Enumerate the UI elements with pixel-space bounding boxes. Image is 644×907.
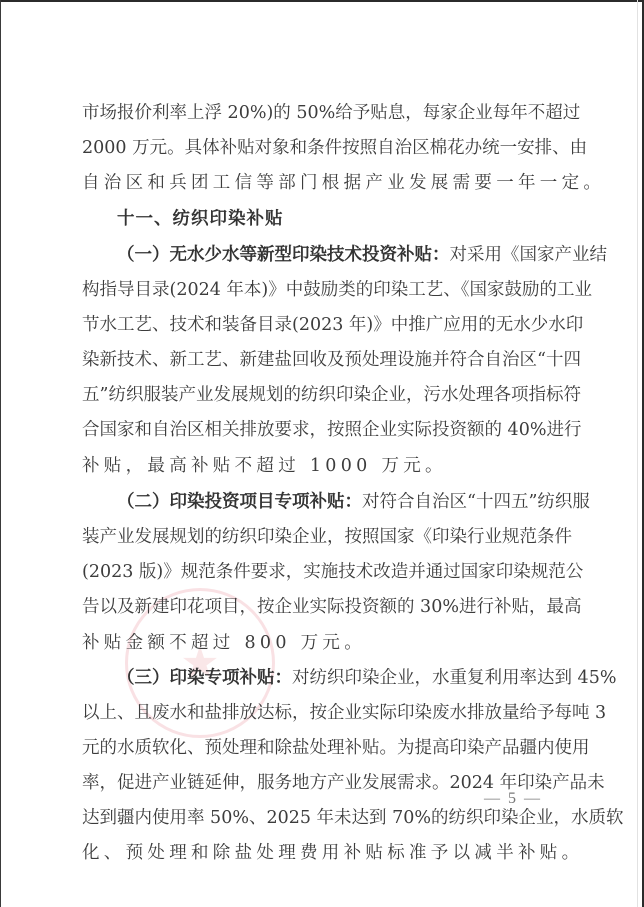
paragraph-line: 染新技术、新工艺、新建盐回收及预处理设施并符合自治区“十四 [82, 348, 548, 372]
item-3-first-line-text: 对纺织印染企业，水重复利用率达到 45% [292, 668, 616, 688]
document-page: 市场报价利率上浮 20%)的 50%给予贴息，每家企业每年不超过 2000 万元… [0, 0, 644, 907]
section-heading: 十一、纺织印染补贴 [117, 207, 284, 231]
item-1-first-line-text: 对采用《国家产业结 [450, 245, 608, 265]
paragraph-line: 2000 万元。具体补贴对象和条件按照自治区棉花办统一安排、由 [82, 136, 548, 160]
paragraph-line: 补贴金额不超过 800 万元。 [82, 631, 548, 655]
paragraph-line: 达到疆内使用率 50%、2025 年未达到 70%的纺织印染企业，水质软 [82, 806, 548, 830]
item-3-first-line: （三）印染专项补贴：对纺织印染企业，水重复利用率达到 45% [117, 666, 548, 690]
paragraph-line: 以上、且废水和盐排放达标，按企业实际印染废水排放量给予每吨 3 [82, 701, 548, 725]
paragraph-line: 补贴，最高补贴不超过 1000 万元。 [82, 454, 548, 478]
paragraph-line: 构指导目录(2024 年本)》中鼓励类的印染工艺、《国家鼓励的工业 [82, 278, 548, 302]
paragraph-line: 率，促进产业链延伸，服务地方产业发展需求。2024 年印染产品未 [82, 771, 548, 795]
paragraph-line: 元的水质软化、预处理和除盐处理补贴。为提高印染产品疆内使用 [82, 736, 548, 760]
paragraph-line: 合国家和自治区相关排放要求，按照企业实际投资额的 40%进行 [82, 418, 548, 442]
paragraph-line: 五”纺织服装产业发展规划的纺织印染企业，污水处理各项指标符 [82, 383, 548, 407]
item-2-lead: （二）印染投资项目专项补贴： [117, 492, 362, 512]
item-3-lead: （三）印染专项补贴： [117, 668, 292, 688]
paragraph-line: 市场报价利率上浮 20%)的 50%给予贴息，每家企业每年不超过 [82, 101, 548, 125]
item-2-first-line-text: 对符合自治区“十四五”纺织服 [362, 492, 590, 512]
paragraph-line: 自治区和兵团工信等部门根据产业发展需要一年一定。 [82, 171, 548, 195]
scan-border-top [0, 0, 644, 2]
paragraph-line: 化、预处理和除盐处理费用补贴标准予以减半补贴。 [82, 841, 548, 865]
paragraph-line: 告以及新建印花项目，按企业实际投资额的 30%进行补贴，最高 [82, 595, 548, 619]
paragraph-line: 装产业发展规划的纺织印染企业，按照国家《印染行业规范条件 [82, 525, 548, 549]
page-number: — 5 — [484, 790, 540, 808]
paragraph-line: (2023 版)》规范条件要求，实施技术改造并通过国家印染规范公 [82, 560, 548, 584]
paragraph-line: 节水工艺、技术和装备目录(2023 年)》中推广应用的无水少水印 [82, 313, 548, 337]
item-1-first-line: （一）无水少水等新型印染技术投资补贴：对采用《国家产业结 [117, 243, 548, 267]
item-2-first-line: （二）印染投资项目专项补贴：对符合自治区“十四五”纺织服 [117, 490, 548, 514]
item-1-lead: （一）无水少水等新型印染技术投资补贴： [117, 245, 450, 265]
scan-border-left [0, 0, 1, 907]
scan-border-right-inner [637, 0, 638, 907]
